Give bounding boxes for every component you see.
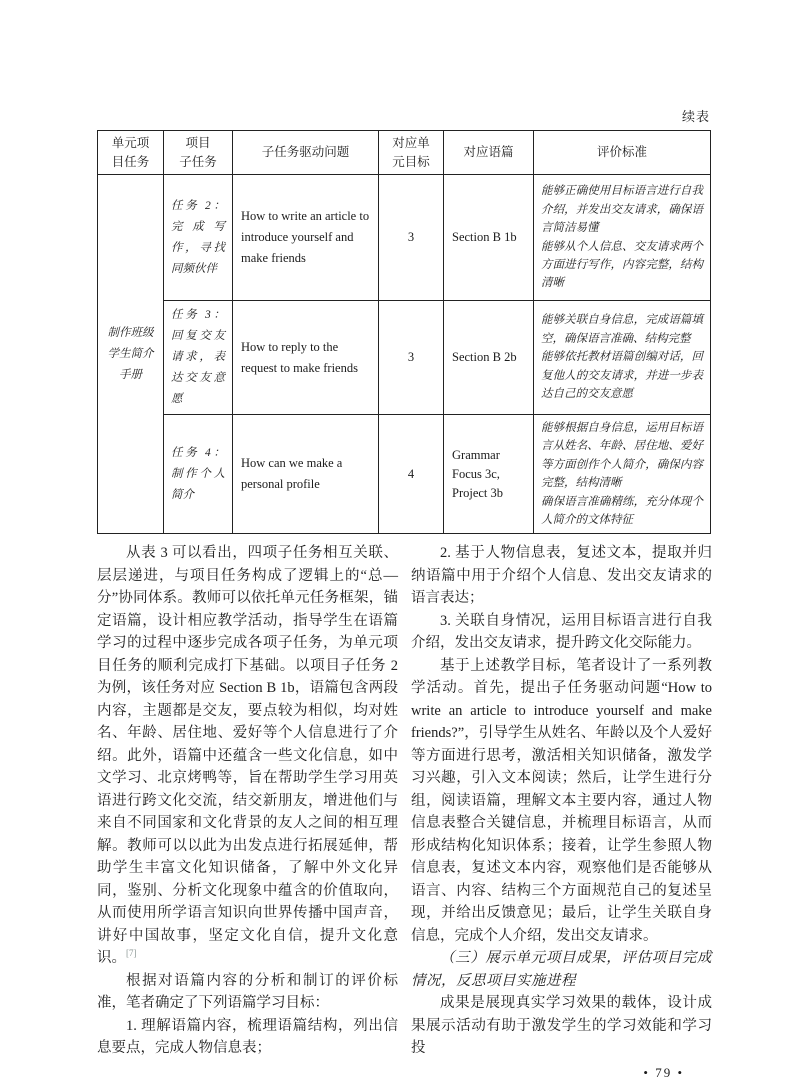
paragraph: 基于上述教学目标，笔者设计了一系列教学活动。首先，提出子任务驱动问题“How t… — [411, 655, 712, 948]
paragraph: 成果是展现真实学习效果的载体，设计成果展示活动有助于激发学生的学习效能和学习投 — [411, 992, 712, 1060]
cell-passage-2: Section B 1b — [444, 175, 534, 301]
right-column: 2. 基于人物信息表，复述文本，提取并归纳语篇中用于介绍个人信息、发出交友请求的… — [411, 542, 712, 1084]
table-row: 制作班级 学生简介 手册 任务 2：完成写作，寻找同频伙伴 How to wri… — [98, 175, 711, 301]
header-passage: 对应语篇 — [444, 131, 534, 175]
header-project-subtask: 项目 子任务 — [164, 131, 233, 175]
cell-subtask-3: 任务 3：回复交友请求，表达交友意愿 — [164, 301, 233, 415]
cell-passage-4: Grammar Focus 3c, Project 3b — [444, 415, 534, 534]
cell-question-3: How to reply to the request to make frie… — [233, 301, 379, 415]
document-page: 续表 单元项 目任务 项目 子任务 子任务驱动问题 对应单 元目标 对应语篇 评… — [0, 0, 800, 1077]
cell-criteria-4: 能够根据自身信息，运用目标语言从姓名、年龄、居住地、爱好等方面创作个人简介，确保… — [534, 415, 711, 534]
header-unit-project-task: 单元项 目任务 — [98, 131, 164, 175]
cell-question-2: How to write an article to introduce you… — [233, 175, 379, 301]
header-driving-question: 子任务驱动问题 — [233, 131, 379, 175]
criterion: 能够根据自身信息，运用目标语言从姓名、年龄、居住地、爱好等方面创作个人简介，确保… — [541, 419, 703, 493]
cell-goal-2: 3 — [379, 175, 444, 301]
cell-subtask-4: 任务 4：制作个人简介 — [164, 415, 233, 534]
cell-subtask-2: 任务 2：完成写作，寻找同频伙伴 — [164, 175, 233, 301]
paragraph-text: 从表 3 可以看出，四项子任务相互关联、层层递进，与项目任务构成了逻辑上的“总—… — [97, 545, 398, 966]
table-row: 任务 4：制作个人简介 How can we make a personal p… — [98, 415, 711, 534]
cell-unit-task: 制作班级 学生简介 手册 — [98, 175, 164, 534]
footnote-ref-7: [7] — [126, 949, 137, 959]
table-continuation-label: 续表 — [97, 106, 712, 125]
header-criteria: 评价标准 — [534, 131, 711, 175]
table-header-row: 单元项 目任务 项目 子任务 子任务驱动问题 对应单 元目标 对应语篇 评价标准 — [98, 131, 711, 175]
cell-criteria-2: 能够正确使用目标语言进行自我介绍，并发出交友请求，确保语言简洁易懂 能够从个人信… — [534, 175, 711, 301]
criterion: 确保语言准确精练，充分体现个人简介的文体特征 — [541, 493, 703, 530]
paragraph: 从表 3 可以看出，四项子任务相互关联、层层递进，与项目任务构成了逻辑上的“总—… — [97, 542, 398, 970]
cell-criteria-3: 能够关联自身信息，完成语篇填空，确保语言准确、结构完整 能够依托教材语篇创编对话… — [534, 301, 711, 415]
cell-goal-4: 4 — [379, 415, 444, 534]
section-heading: （三）展示单元项目成果，评估项目完成情况，反思项目实施进程 — [411, 947, 712, 992]
list-item-goal-2: 2. 基于人物信息表，复述文本，提取并归纳语篇中用于介绍个人信息、发出交友请求的… — [411, 542, 712, 610]
criterion: 能够正确使用目标语言进行自我介绍，并发出交友请求，确保语言简洁易懂 — [541, 182, 703, 237]
criterion: 能够从个人信息、交友请求两个方面进行写作，内容完整，结构清晰 — [541, 238, 703, 293]
cell-question-4: How can we make a personal profile — [233, 415, 379, 534]
body-text: 从表 3 可以看出，四项子任务相互关联、层层递进，与项目任务构成了逻辑上的“总—… — [97, 542, 712, 1084]
list-item-goal-3: 3. 关联自身情况，运用目标语言进行自我介绍，发出交友请求，提升跨文化交际能力。 — [411, 610, 712, 655]
paragraph: 根据对语篇内容的分析和制订的评价标准，笔者确定了下列语篇学习目标： — [97, 970, 398, 1015]
criterion: 能够依托教材语篇创编对话，回复他人的交友请求，并进一步表达自己的交友意愿 — [541, 348, 703, 403]
page-number: • 79 • — [411, 1062, 712, 1084]
header-unit-goal: 对应单 元目标 — [379, 131, 444, 175]
table-row: 任务 3：回复交友请求，表达交友意愿 How to reply to the r… — [98, 301, 711, 415]
list-item-goal-1: 1. 理解语篇内容，梳理语篇结构，列出信息要点，完成人物信息表； — [97, 1015, 398, 1060]
cell-passage-3: Section B 2b — [444, 301, 534, 415]
left-column: 从表 3 可以看出，四项子任务相互关联、层层递进，与项目任务构成了逻辑上的“总—… — [97, 542, 398, 1084]
criterion: 能够关联自身信息，完成语篇填空，确保语言准确、结构完整 — [541, 311, 703, 348]
project-task-table: 单元项 目任务 项目 子任务 子任务驱动问题 对应单 元目标 对应语篇 评价标准… — [97, 130, 711, 534]
cell-goal-3: 3 — [379, 301, 444, 415]
